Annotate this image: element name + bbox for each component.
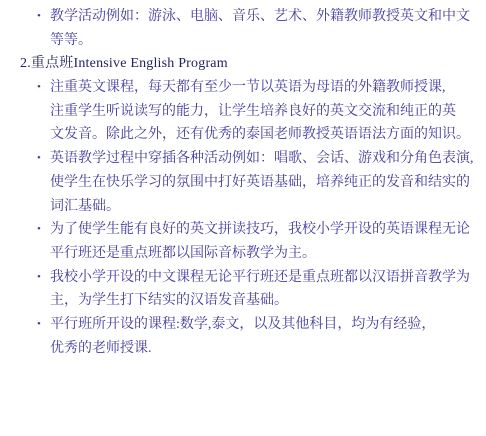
text-line-content: 英语教学过程中穿插各种活动例如：唱歌、会话、游戏和分角色表演, bbox=[50, 151, 474, 166]
bullet-icon: • bbox=[37, 266, 41, 290]
text-line: •我校小学开设的中文课程无论平行班还是重点班都以汉语拼音教学为 bbox=[0, 266, 486, 290]
bullet-block: •注重英文课程，每天都有至少一节以英语为母语的外籍教师授课,注重学生听说读写的能… bbox=[0, 76, 486, 147]
document-page: •教学活动例如：游泳、电脑、音乐、艺术、外籍教师教授英文和中文等等。2.重点班I… bbox=[0, 0, 486, 436]
bullet-icon: • bbox=[37, 76, 41, 100]
text-line-content: 注重学生听说读写的能力，让学生培养良好的英文交流和纯正的英 bbox=[50, 104, 456, 119]
text-line-content: 平行班所开设的课程:数学,泰文，以及其他科目，均为有经验， bbox=[50, 317, 435, 332]
text-line: 等等。 bbox=[0, 29, 486, 53]
text-line-content: 为了使学生能有良好的英文拼读技巧，我校小学开设的英语课程无论 bbox=[50, 222, 470, 237]
bullet-block: •为了使学生能有良好的英文拼读技巧，我校小学开设的英语课程无论平行班还是重点班都… bbox=[0, 218, 486, 265]
text-line-content: 我校小学开设的中文课程无论平行班还是重点班都以汉语拼音教学为 bbox=[50, 270, 470, 285]
text-line: •英语教学过程中穿插各种活动例如：唱歌、会话、游戏和分角色表演, bbox=[0, 147, 486, 171]
text-line-content: 优秀的老师授课. bbox=[50, 341, 152, 356]
heading-block: 2.重点班Intensive English Program bbox=[0, 52, 486, 76]
bullet-block: •英语教学过程中穿插各种活动例如：唱歌、会话、游戏和分角色表演,使学生在快乐学习… bbox=[0, 147, 486, 218]
text-line-content: 词汇基础。 bbox=[50, 199, 120, 214]
text-line: 平行班还是重点班都以国际音标教学为主。 bbox=[0, 242, 486, 266]
bullet-icon: • bbox=[37, 5, 41, 29]
text-line-content: 注重英文课程，每天都有至少一节以英语为母语的外籍教师授课, bbox=[50, 80, 446, 95]
text-line: 优秀的老师授课. bbox=[0, 337, 486, 361]
text-line-content: 使学生在快乐学习的氛围中打好英语基础，培养纯正的发音和结实的 bbox=[50, 175, 470, 190]
bullet-icon: • bbox=[37, 218, 41, 242]
text-line: •平行班所开设的课程:数学,泰文，以及其他科目，均为有经验， bbox=[0, 313, 486, 337]
text-line: •为了使学生能有良好的英文拼读技巧，我校小学开设的英语课程无论 bbox=[0, 218, 486, 242]
text-line: •教学活动例如：游泳、电脑、音乐、艺术、外籍教师教授英文和中文 bbox=[0, 5, 486, 29]
text-line-content: 等等。 bbox=[50, 33, 92, 48]
text-line: 主，为学生打下结实的汉语发音基础。 bbox=[0, 289, 486, 313]
heading-text: 2.重点班Intensive English Program bbox=[20, 56, 228, 71]
text-line-content: 教学活动例如：游泳、电脑、音乐、艺术、外籍教师教授英文和中文 bbox=[50, 9, 470, 24]
bullet-block: •平行班所开设的课程:数学,泰文，以及其他科目，均为有经验，优秀的老师授课. bbox=[0, 313, 486, 360]
bullet-icon: • bbox=[37, 147, 41, 171]
text-line-content: 平行班还是重点班都以国际音标教学为主。 bbox=[50, 246, 316, 261]
text-line: 使学生在快乐学习的氛围中打好英语基础，培养纯正的发音和结实的 bbox=[0, 171, 486, 195]
text-line: 词汇基础。 bbox=[0, 195, 486, 219]
text-line: 注重学生听说读写的能力，让学生培养良好的英文交流和纯正的英 bbox=[0, 100, 486, 124]
bullet-block: •教学活动例如：游泳、电脑、音乐、艺术、外籍教师教授英文和中文等等。 bbox=[0, 5, 486, 52]
bullet-icon: • bbox=[37, 313, 41, 337]
text-line-content: 文发音。除此之外，还有优秀的泰国老师教授英语语法方面的知识。 bbox=[50, 127, 470, 142]
bullet-block: •我校小学开设的中文课程无论平行班还是重点班都以汉语拼音教学为主，为学生打下结实… bbox=[0, 266, 486, 313]
text-line: 文发音。除此之外，还有优秀的泰国老师教授英语语法方面的知识。 bbox=[0, 123, 486, 147]
text-line: •注重英文课程，每天都有至少一节以英语为母语的外籍教师授课, bbox=[0, 76, 486, 100]
heading-line: 2.重点班Intensive English Program bbox=[0, 52, 486, 76]
document-content: •教学活动例如：游泳、电脑、音乐、艺术、外籍教师教授英文和中文等等。2.重点班I… bbox=[0, 5, 486, 360]
text-line-content: 主，为学生打下结实的汉语发音基础。 bbox=[50, 293, 288, 308]
